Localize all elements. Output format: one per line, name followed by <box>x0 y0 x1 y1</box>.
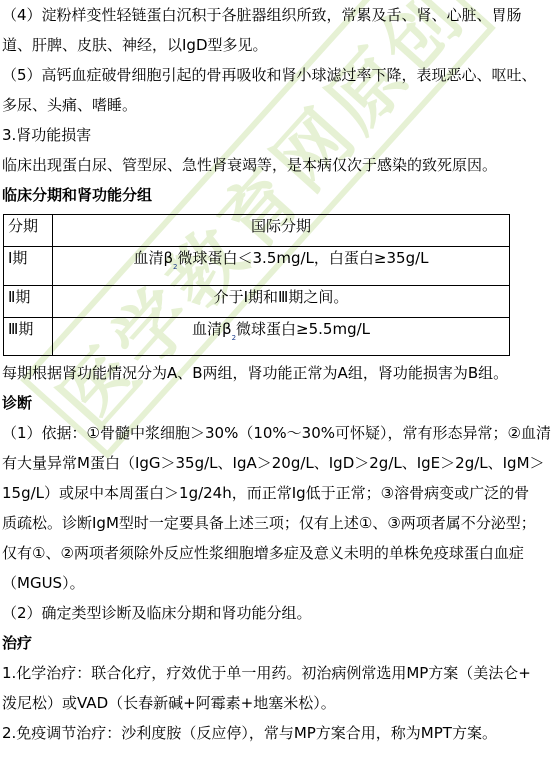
criteria-text: 血清β <box>192 320 232 338</box>
paragraph-line: 临床出现蛋白尿、管型尿、急性肾衰竭等，是本病仅次于感染的致死原因。 <box>2 150 558 180</box>
stage-cell: Ⅱ期 <box>4 286 53 318</box>
subheading-renal-damage: 3.肾功能损害 <box>2 120 558 150</box>
table-header-cell: 国际分期 <box>53 215 510 247</box>
criteria-text: 介于Ⅰ期和Ⅲ期之间。 <box>214 288 349 306</box>
paragraph-line: 有大量异常M蛋白（IgG＞35g/L、IgA＞20g/L、IgD＞2g/L、Ig… <box>2 448 558 478</box>
criteria-cell: 血清β2微球蛋白≥5.5mg/L <box>53 318 510 356</box>
stage-cell: Ⅲ期 <box>4 318 53 356</box>
criteria-text: 微球蛋白≥5.5mg/L <box>236 320 370 338</box>
paragraph-line: （4）淀粉样变性轻链蛋白沉积于各脏器组织所致，常累及舌、肾、心脏、胃肠 <box>2 0 558 30</box>
criteria-cell: 介于Ⅰ期和Ⅲ期之间。 <box>53 286 510 318</box>
staging-table: 分期 国际分期 Ⅰ期 血清β2微球蛋白＜3.5mg/L，白蛋白≥35g/L Ⅱ期… <box>3 214 510 356</box>
stage-cell: Ⅰ期 <box>4 247 53 286</box>
paragraph-line: 15g/L）或尿中本周蛋白＞1g/24h，而正常Ig低于正常；③溶骨病变或广泛的… <box>2 478 558 508</box>
paragraph-line: 1.化学治疗：联合化疗，疗效优于单一用药。初治病例常选用MP方案（美法仑+ <box>2 658 558 688</box>
section-heading-diagnosis: 诊断 <box>2 388 558 418</box>
criteria-cell: 血清β2微球蛋白＜3.5mg/L，白蛋白≥35g/L <box>53 247 510 286</box>
table-row: Ⅱ期 介于Ⅰ期和Ⅲ期之间。 <box>4 286 510 318</box>
paragraph-line: 泼尼松）或VAD（长春新碱+阿霉素+地塞米松）。 <box>2 688 558 718</box>
paragraph-line: 仅有①、②两项者须除外反应性浆细胞增多症及意义未明的单株免疫球蛋白血症 <box>2 538 558 568</box>
document-body: （4）淀粉样变性轻链蛋白沉积于各脏器组织所致，常累及舌、肾、心脏、胃肠 道、肝脾… <box>0 0 558 748</box>
paragraph-line: 2.免疫调节治疗：沙利度胺（反应停），常与MP方案合用，称为MPT方案。 <box>2 718 558 748</box>
paragraph-line: 道、肝脾、皮肤、神经，以IgD型多见。 <box>2 30 558 60</box>
paragraph-line: （1）依据：①骨髓中浆细胞＞30%（10%～30%可怀疑），常有形态异常；②血清 <box>2 418 558 448</box>
paragraph-line: （5）高钙血症破骨细胞引起的骨再吸收和肾小球滤过率下降，表现恶心、呕吐、 <box>2 60 558 90</box>
table-row: Ⅲ期 血清β2微球蛋白≥5.5mg/L <box>4 318 510 356</box>
staging-note: 每期根据肾功能情况分为A、B两组，肾功能正常为A组，肾功能损害为B组。 <box>2 358 558 388</box>
paragraph-line: 多尿、头痛、嗜睡。 <box>2 90 558 120</box>
paragraph-line: （2）确定类型诊断及临床分期和肾功能分组。 <box>2 598 558 628</box>
table-header-row: 分期 国际分期 <box>4 215 510 247</box>
table-header-cell: 分期 <box>4 215 53 247</box>
paragraph-line: （MGUS）。 <box>2 568 558 598</box>
paragraph-line: 质疏松。诊断IgM型时一定要具备上述三项；仅有上述①、③两项者属不分泌型； <box>2 508 558 538</box>
criteria-text: 血清β <box>133 249 173 267</box>
criteria-text: 微球蛋白＜3.5mg/L，白蛋白≥35g/L <box>178 249 429 267</box>
section-heading-staging: 临床分期和肾功能分组 <box>2 180 558 210</box>
section-heading-treatment: 治疗 <box>2 628 558 658</box>
table-row: Ⅰ期 血清β2微球蛋白＜3.5mg/L，白蛋白≥35g/L <box>4 247 510 286</box>
